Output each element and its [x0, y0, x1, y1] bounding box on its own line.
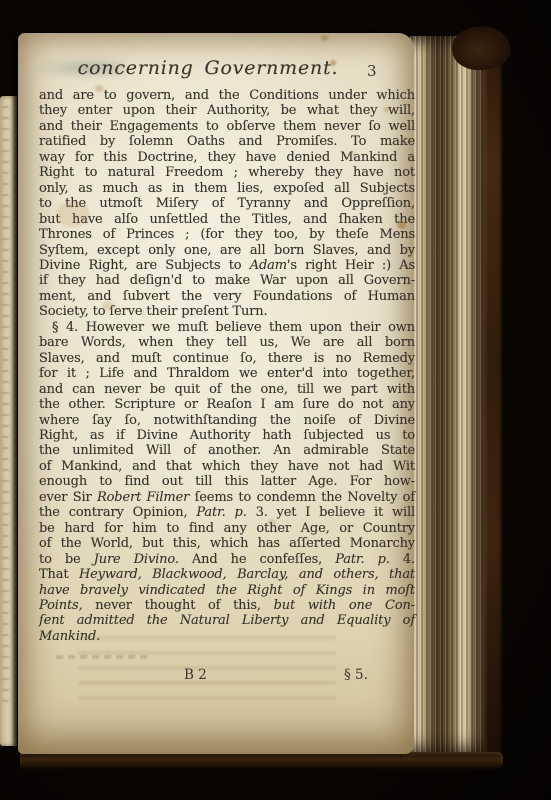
body-text-line: Points, never thought of this, but with …: [39, 598, 415, 613]
body-text-line: and their Engagements to obſerve them ne…: [39, 119, 415, 134]
text-run: 's right Heir :) As: [287, 258, 415, 273]
foxing-spot: [268, 519, 276, 526]
body-text-line: Slaves, and muſt continue ſo, there is n…: [39, 351, 415, 366]
italic-text-run: have bravely vindicated the Right of Kin…: [39, 583, 415, 598]
text-run: the contrary Opinion,: [39, 505, 196, 520]
body-text-line: Right to natural Freedom ; whereby they …: [39, 165, 415, 180]
text-run: § 4. However we muſt believe them upon t…: [52, 320, 415, 335]
fore-edge-page-striations: [410, 36, 488, 755]
text-run: never thought of this,: [83, 598, 274, 613]
foxing-spot: [321, 35, 328, 41]
facing-page-edge: [0, 96, 17, 746]
italic-text-run: Heyward, Blackwood, Barclay, and others,…: [79, 567, 415, 582]
catchword: § 5.: [344, 667, 368, 683]
book-fore-edge-pages: [410, 36, 488, 755]
body-text-line: ſent admitted the Natural Liberty and Eq…: [39, 613, 415, 628]
text-run: Society, to ſerve their preſent Turn.: [39, 304, 268, 319]
body-text-line: ever Sir Robert Filmer ſeems to condemn …: [39, 490, 415, 505]
text-run: only, as much as in them lies, expoſed a…: [39, 181, 415, 196]
foxing-spot: [330, 60, 336, 66]
text-run: Thrones of Princes ; (for they too, by t…: [39, 227, 415, 242]
body-text-line: Right, as if Divine Authority hath ſubje…: [39, 428, 415, 443]
leather-cover-right-edge: [484, 33, 503, 760]
body-text-line: of Mankind, and that which they have not…: [39, 459, 415, 474]
text-run: be hard for him to find any other Age, o…: [39, 521, 415, 536]
text-run: ment, and ſubvert the very Foundations o…: [39, 289, 415, 304]
body-text-line: Divine Right, are Subjects to Adam's rig…: [39, 258, 415, 273]
facing-page-text-shadow: [2, 106, 9, 704]
body-text-line: the other. Scripture or Reaſon I am ſure…: [39, 397, 415, 412]
text-run: Syſtem, except only one, are all born Sl…: [39, 243, 415, 258]
body-text-line: have bravely vindicated the Right of Kin…: [39, 583, 415, 598]
body-text-line: and can never be quit of the one, till w…: [39, 382, 415, 397]
body-text-line: the unlimited Will of another. An admira…: [39, 443, 415, 458]
body-text-line: where ſay ſo, notwithſtanding the noiſe …: [39, 413, 415, 428]
text-run: Right to natural Freedom ; whereby they …: [39, 165, 415, 180]
body-text-line: § 4. However we muſt believe them upon t…: [39, 320, 415, 335]
text-run: And he confeſſes,: [179, 552, 335, 567]
text-run: of Mankind, and that which they have not…: [39, 459, 415, 474]
text-run: That: [39, 567, 79, 582]
text-run: to be: [39, 552, 94, 567]
body-text-line: Syſtem, except only one, are all born Sl…: [39, 243, 415, 258]
text-run: 3. yet I believe it will: [247, 505, 415, 520]
text-run: Divine Right, are Subjects to: [39, 258, 250, 273]
italic-text-run: Points,: [39, 598, 83, 613]
body-text-line: Thrones of Princes ; (for they too, by t…: [39, 227, 415, 242]
leather-cover-bottom-edge: [20, 752, 503, 769]
text-run: enough to find out till this latter Age.…: [39, 474, 415, 489]
text-run: ever Sir: [39, 490, 97, 505]
body-text-line: to the utmoſt Miſery of Tyranny and Oppr…: [39, 196, 415, 211]
italic-text-run: Adam: [250, 258, 287, 273]
body-text-line: bare Words, when they tell us, We are al…: [39, 335, 415, 350]
foxing-spot: [348, 151, 355, 157]
italic-text-run: Patr. p.: [335, 552, 390, 567]
body-text-line: enough to find out till this latter Age.…: [39, 474, 415, 489]
text-run: ratified by ſolemn Oaths and Promiſes. T…: [39, 134, 415, 149]
text-run: the unlimited Will of another. An admira…: [39, 443, 415, 458]
italic-text-run: Patr. p.: [196, 505, 246, 520]
body-text-line: Society, to ſerve their preſent Turn.: [39, 304, 415, 319]
text-run: the other. Scripture or Reaſon I am ſure…: [39, 397, 415, 412]
running-header-title: concerning Government.: [38, 57, 378, 79]
text-run: for it ; Life and Thraldom we enter'd in…: [39, 366, 415, 381]
body-text-line: be hard for him to find any other Age, o…: [39, 521, 415, 536]
body-text-line: if they had deſign'd to make War upon al…: [39, 273, 415, 288]
text-run: 4.: [390, 552, 415, 567]
body-text: and are to govern, and the Conditions un…: [39, 88, 415, 644]
text-run: of the World, but this, which has aſſert…: [39, 536, 415, 551]
text-run: they enter upon their Authority, be what…: [39, 103, 415, 118]
body-text-line: they enter upon their Authority, be what…: [39, 103, 415, 118]
show-through-dash-marks: [56, 655, 152, 659]
book-page: concerning Government. 3 and are to gove…: [18, 33, 414, 754]
body-text-line: but have alſo unſettled the Titles, and …: [39, 212, 415, 227]
page-footer: B 2 § 5.: [39, 667, 415, 687]
text-run: ſeems to condemn the Novelty of: [189, 490, 415, 505]
body-text-line: of the World, but this, which has aſſert…: [39, 536, 415, 551]
text-run: where ſay ſo, notwithſtanding the noiſe …: [39, 413, 415, 428]
foxing-spot: [384, 107, 389, 112]
foxing-spot: [102, 301, 114, 311]
italic-text-run: Robert Filmer: [97, 490, 189, 505]
text-run: Slaves, and muſt continue ſo, there is n…: [39, 351, 415, 366]
text-run: if they had deſign'd to make War upon al…: [39, 273, 415, 288]
text-run: Right, as if Divine Authority hath ſubje…: [39, 428, 415, 443]
text-run: and their Engagements to obſerve them ne…: [39, 119, 415, 134]
body-text-line: That Heyward, Blackwood, Barclay, and ot…: [39, 567, 415, 582]
text-run: and can never be quit of the one, till w…: [39, 382, 415, 397]
foxing-spot: [56, 201, 90, 227]
page-number: 3: [367, 62, 377, 80]
body-text-line: the contrary Opinion, Patr. p. 3. yet I …: [39, 505, 415, 520]
foxing-spot: [95, 85, 104, 92]
body-text-line: ment, and ſubvert the very Foundations o…: [39, 289, 415, 304]
italic-text-run: but with one Con-: [274, 598, 415, 613]
text-run: to the utmoſt Miſery of Tyranny and Oppr…: [39, 196, 415, 211]
text-run: but have alſo unſettled the Titles, and …: [39, 212, 415, 227]
body-text-line: for it ; Life and Thraldom we enter'd in…: [39, 366, 415, 381]
italic-text-run: ſent admitted the Natural Liberty and Eq…: [39, 613, 415, 628]
foxing-spot: [397, 221, 406, 229]
text-run: way for this Doctrine, they have denied …: [39, 150, 415, 165]
italic-text-run: Jure Divino.: [94, 552, 179, 567]
body-text-line: ratified by ſolemn Oaths and Promiſes. T…: [39, 134, 415, 149]
text-run: bare Words, when they tell us, We are al…: [39, 335, 415, 350]
book-scan-photo: concerning Government. 3 and are to gove…: [0, 0, 551, 800]
body-text-line: only, as much as in them lies, expoſed a…: [39, 181, 415, 196]
signature-mark: B 2: [184, 667, 207, 683]
body-text-line: to be Jure Divino. And he confeſſes, Pat…: [39, 552, 415, 567]
body-text-line: way for this Doctrine, they have denied …: [39, 150, 415, 165]
